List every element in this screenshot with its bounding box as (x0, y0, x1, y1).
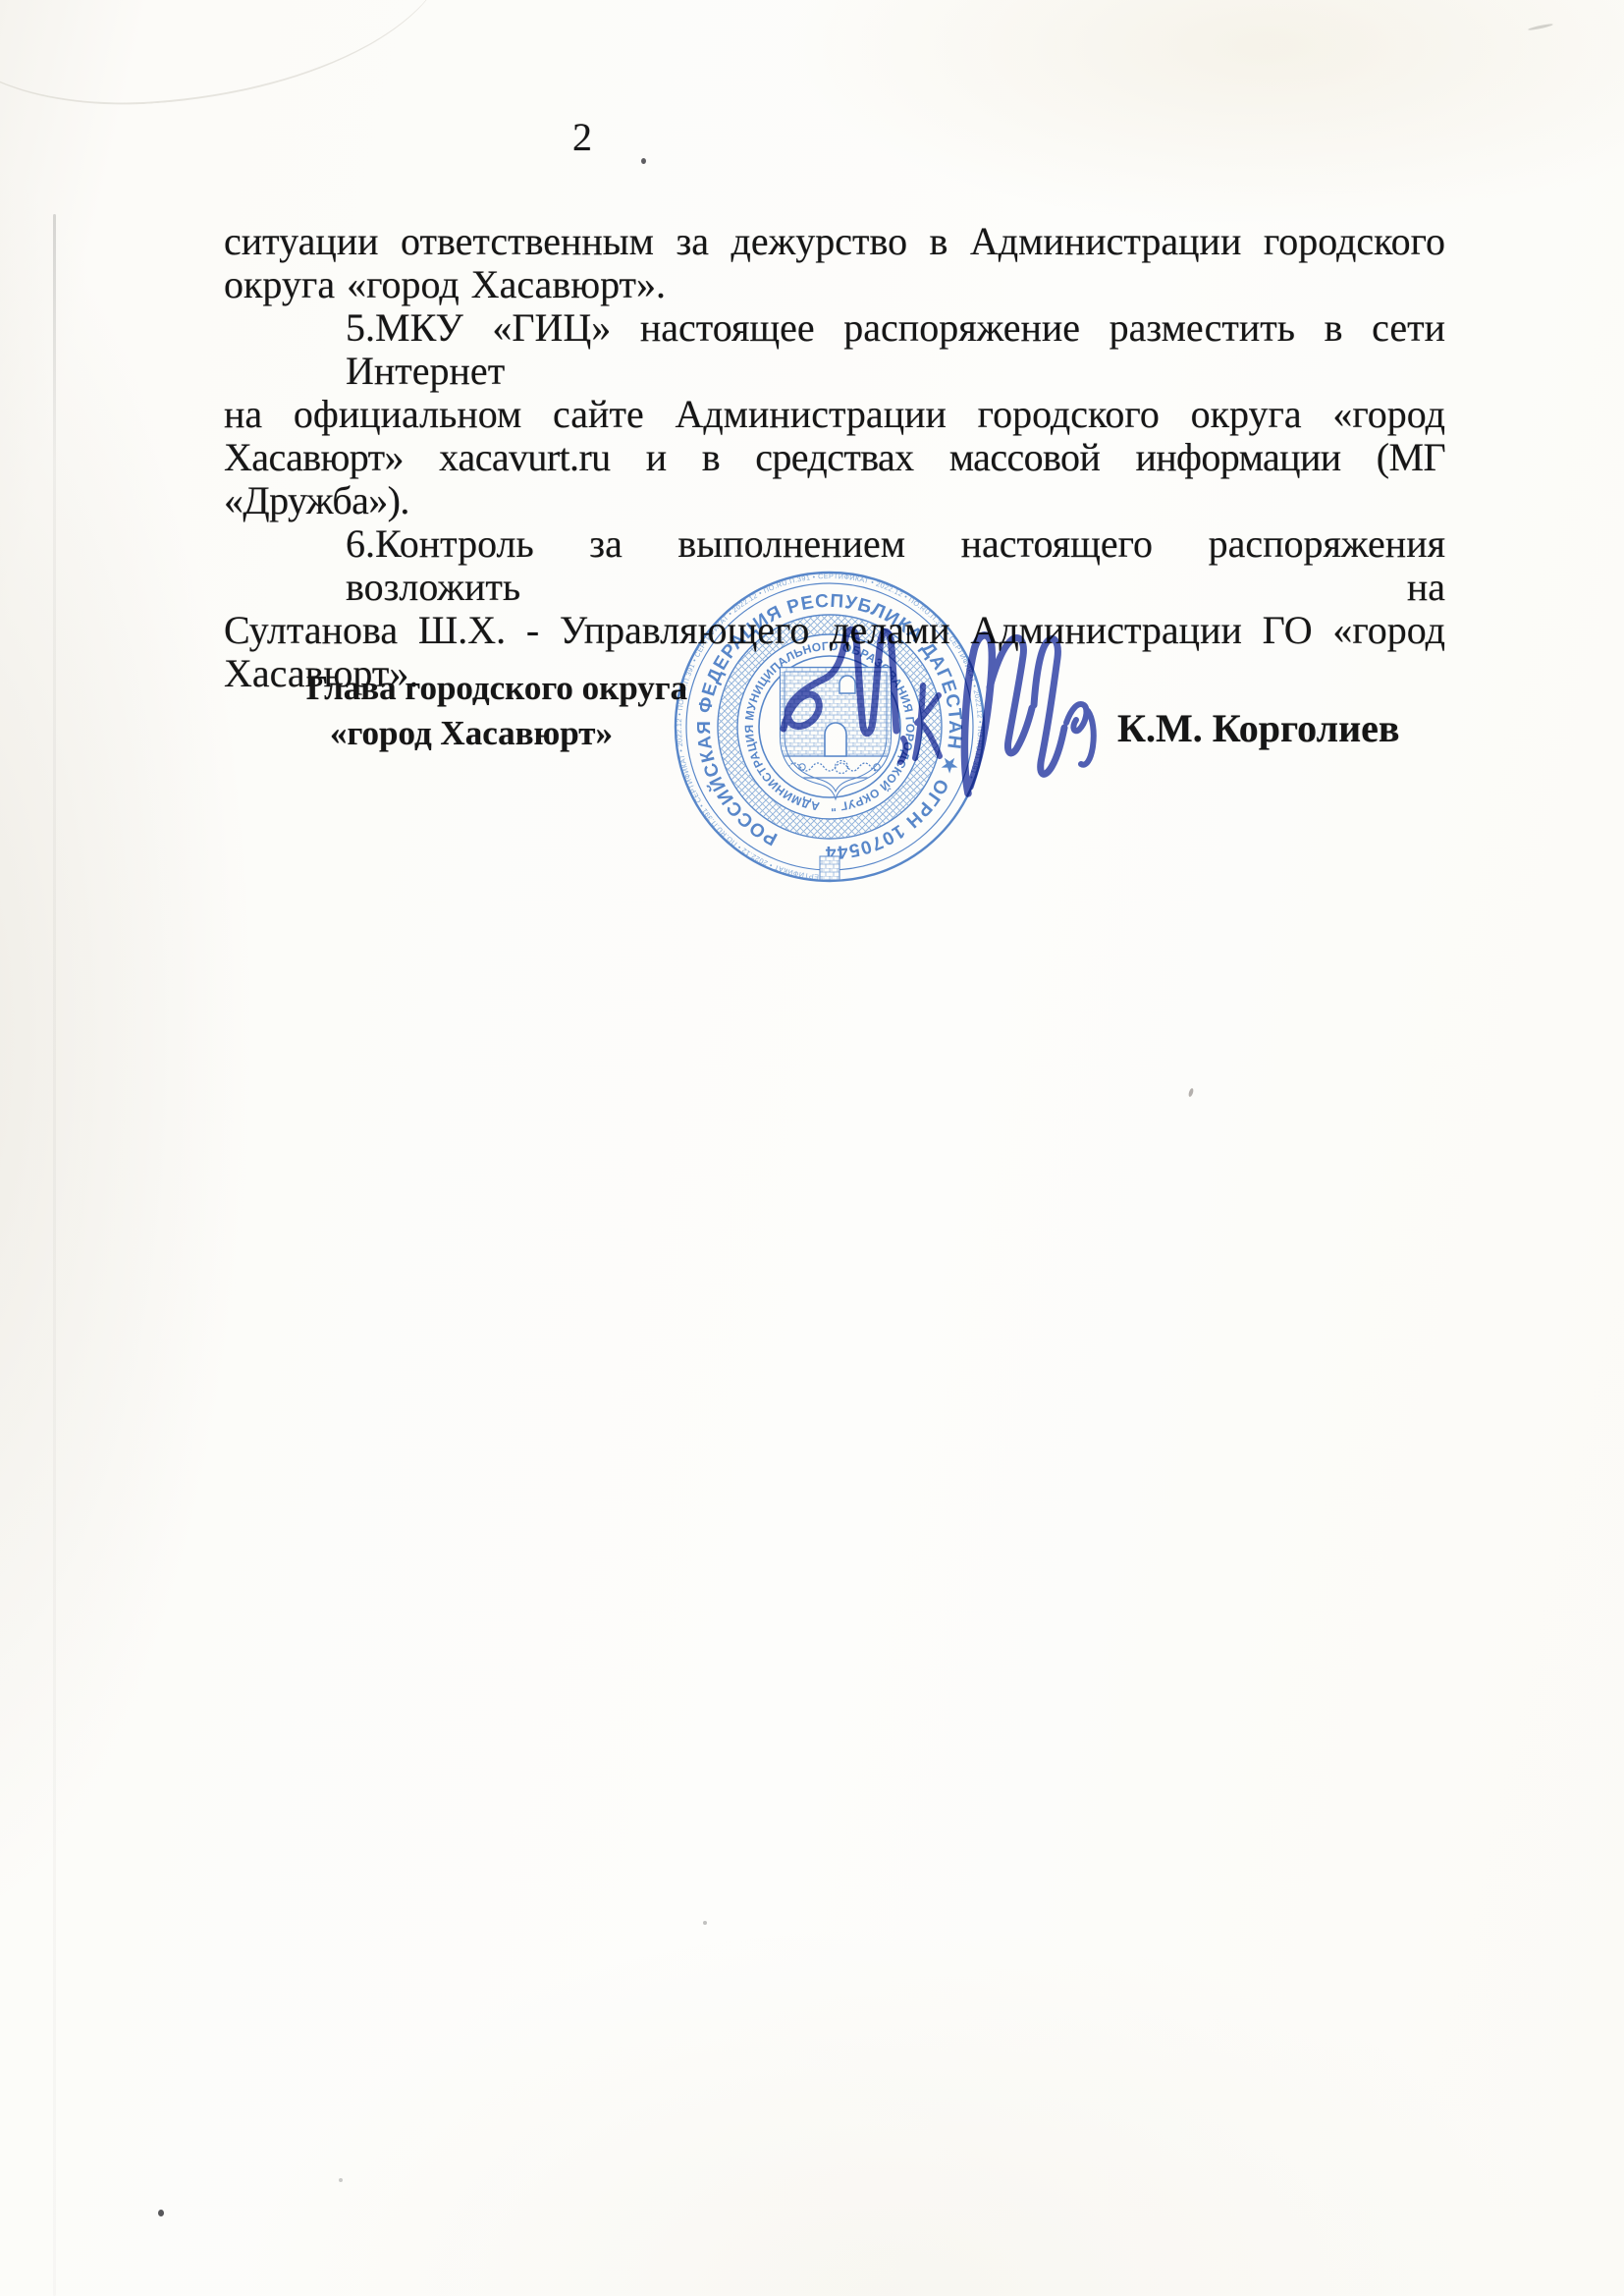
text-line: Хасавюрт» xacavurt.ru и в средствах масс… (224, 436, 1445, 522)
scanned-document-page: 2 ситуации ответственным за дежурство в … (0, 0, 1624, 2296)
scan-crease (53, 214, 56, 2296)
scan-artifact (158, 2210, 164, 2216)
signer-position-line: «город Хасавюрт» (304, 711, 689, 756)
scan-artifact (339, 2178, 343, 2182)
scan-artifact (1188, 1088, 1195, 1098)
text-line: 5.МКУ «ГИЦ» настоящее распоряжение разме… (224, 306, 1445, 393)
scan-artifact (641, 158, 646, 164)
scan-artifact (1528, 23, 1553, 30)
signer-name: К.М. Корголиев (1117, 705, 1400, 751)
signature-title-block: Глава городского округа «город Хасавюрт» (304, 666, 689, 756)
signer-position-line: Глава городского округа (304, 666, 689, 711)
text-line: на официальном сайте Администрации город… (224, 393, 1445, 436)
handwritten-signature (687, 545, 1119, 810)
text-line: округа «город Хасавюрт». (224, 263, 1445, 306)
scan-artifact (703, 1921, 707, 1925)
text-line: ситуации ответственным за дежурство в Ад… (224, 220, 1445, 263)
page-number: 2 (572, 118, 592, 157)
scan-crease (0, 0, 460, 118)
seal-bottom-ornament (820, 856, 839, 880)
